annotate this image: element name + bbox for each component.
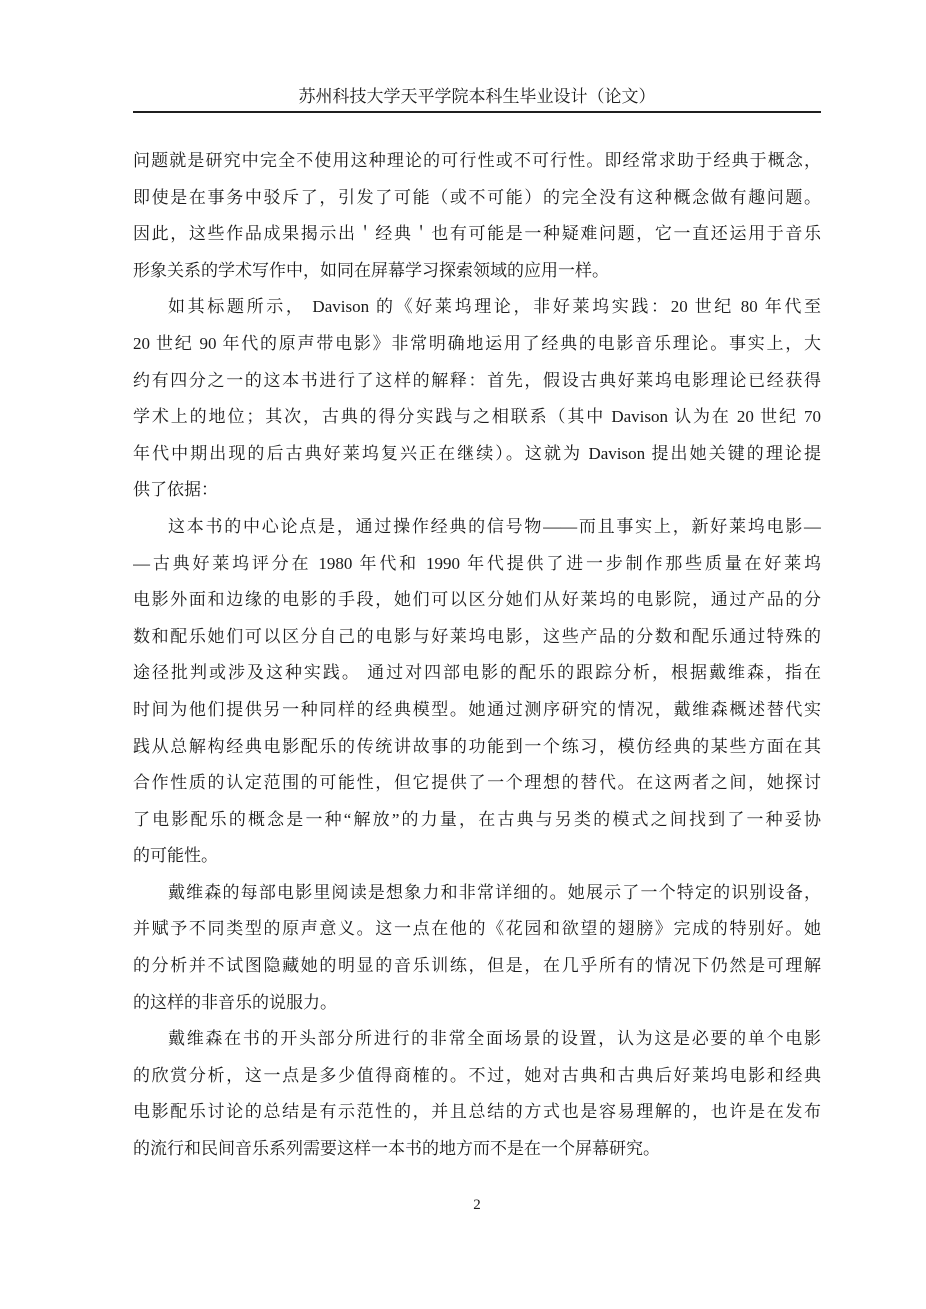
text-line: —古典好莱坞评分在 1980 年代和 1990 年代提供了进一步制作那些质量在好…: [133, 546, 821, 583]
text-line: 了电影配乐的概念是一种“解放”的力量，在古典与另类的模式之间找到了一种妥协: [133, 802, 821, 839]
text-line: 20 世纪 90 年代的原声带电影》非常明确地运用了经典的电影音乐理论。事实上，…: [133, 326, 821, 363]
text-line: 的这样的非音乐的说服力。: [133, 985, 821, 1022]
text-line: 年代中期出现的后古典好莱坞复兴正在继续）。这就为 Davison 提出她关键的理…: [133, 436, 821, 473]
text-line: 供了依据：: [133, 472, 821, 509]
text-line: 学术上的地位；其次，古典的得分实践与之相联系（其中 Davison 认为在 20…: [133, 399, 821, 436]
text-line: 时间为他们提供另一种同样的经典模型。她通过测序研究的情况，戴维森概述替代实: [133, 692, 821, 729]
text-line: 约有四分之一的这本书进行了这样的解释：首先，假设古典好莱坞电影理论已经获得: [133, 363, 821, 400]
text-line: 因此，这些作品成果揭示出＇经典＇也有可能是一种疑难问题，它一直还运用于音乐: [133, 216, 821, 253]
text-line: 即使是在事务中驳斥了，引发了可能（或不可能）的完全没有这种概念做有趣问题。: [133, 180, 821, 217]
text-line: 的分析并不试图隐藏她的明显的音乐训练，但是，在几乎所有的情况下仍然是可理解: [133, 948, 821, 985]
header-rule: [133, 111, 821, 113]
text-line: 合作性质的认定范围的可能性，但它提供了一个理想的替代。在这两者之间，她探讨: [133, 765, 821, 802]
text-line: 的欣赏分析，这一点是多少值得商榷的。不过，她对古典和古典后好莱坞电影和经典: [133, 1058, 821, 1095]
text-line: 形象关系的学术写作中，如同在屏幕学习探索领域的应用一样。: [133, 253, 821, 290]
text-line: 的流行和民间音乐系列需要这样一本书的地方而不是在一个屏幕研究。: [133, 1131, 821, 1168]
document-body: 问题就是研究中完全不使用这种理论的可行性或不可行性。即经常求助于经典于概念， 即…: [133, 143, 821, 1168]
page-header-title: 苏州科技大学天平学院本科生毕业设计（论文）: [133, 87, 821, 107]
text-line: 戴维森在书的开头部分所进行的非常全面场景的设置，认为这是必要的单个电影: [133, 1021, 821, 1058]
text-line: 问题就是研究中完全不使用这种理论的可行性或不可行性。即经常求助于经典于概念，: [133, 143, 821, 180]
document-page: 苏州科技大学天平学院本科生毕业设计（论文） 问题就是研究中完全不使用这种理论的可…: [0, 0, 926, 1309]
text-line: 数和配乐她们可以区分自己的电影与好莱坞电影，这些产品的分数和配乐通过特殊的: [133, 619, 821, 656]
page-footer: 2: [133, 1196, 821, 1214]
text-line: 途径批判或涉及这种实践。 通过对四部电影的配乐的跟踪分析，根据戴维森，指在: [133, 655, 821, 692]
text-line: 如其标题所示， Davison 的《好莱坞理论，非好莱坞实践：20 世纪 80 …: [133, 289, 821, 326]
text-line: 的可能性。: [133, 838, 821, 875]
page-number: 2: [473, 1197, 481, 1214]
text-line: 电影配乐讨论的总结是有示范性的，并且总结的方式也是容易理解的，也许是在发布: [133, 1094, 821, 1131]
text-line: 这本书的中心论点是，通过操作经典的信号物——而且事实上，新好莱坞电影—: [133, 509, 821, 546]
text-line: 戴维森的每部电影里阅读是想象力和非常详细的。她展示了一个特定的识别设备，: [133, 875, 821, 912]
text-line: 践从总解构经典电影配乐的传统讲故事的功能到一个练习，模仿经典的某些方面在其: [133, 729, 821, 766]
text-line: 电影外面和边缘的电影的手段，她们可以区分她们从好莱坞的电影院，通过产品的分: [133, 582, 821, 619]
text-line: 并赋予不同类型的原声意义。这一点在他的《花园和欲望的翅膀》完成的特别好。她: [133, 911, 821, 948]
